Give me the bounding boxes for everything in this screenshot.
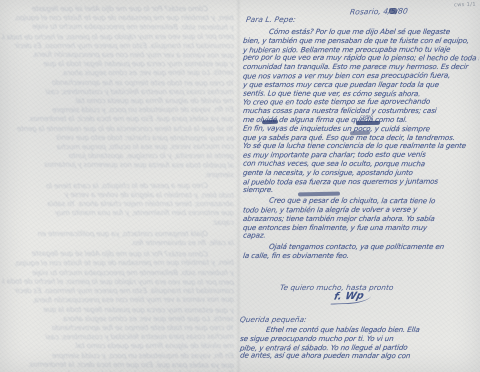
handwritten-line: me olvidé de alguna firma que queda como… <box>2 342 234 351</box>
second-note: Querida pequeña: Ethel me contó que habí… <box>240 315 479 361</box>
handwritten-line: capaz. <box>243 232 480 242</box>
handwritten-line: al pueblo toda esa fuerza que nos querem… <box>2 161 234 171</box>
handwritten-line: la calle, fin es obviamente feo. <box>242 252 479 261</box>
handwritten-line: Ojalá tengamos contacto, ya que política… <box>2 230 234 239</box>
handwritten-line: la calle, fin es obviamente feo. <box>2 239 234 248</box>
right-page: Rosario, 4/5/80 cws 1/1 Para L. Pepe: Có… <box>238 0 480 372</box>
archival-corner-note: cws 1/1 <box>454 2 476 9</box>
handwritten-line: que ya sabés para qué. Eso que me toca d… <box>2 115 234 124</box>
handwritten-line: que nos vamos a ver muy bien con esa pre… <box>2 296 234 306</box>
handwritten-line: Cómo estás? Por lo que me dijo Abel sé q… <box>2 5 234 14</box>
handwritten-line: con muchas veces, que sea lo oculto, por… <box>243 160 480 170</box>
handwritten-line: abrazarnos; tiene también mejor charla a… <box>242 215 479 224</box>
handwritten-line: Ethel me contó que habías llegado bien. … <box>239 326 479 335</box>
second-note-salutation: Querida pequeña: <box>239 315 479 324</box>
left-page-bleedthrough: Cómo estás? Por lo que me dijo Abel sé q… <box>2 3 234 372</box>
handwritten-line: que entonces bien finalmente, y fue una … <box>2 209 234 218</box>
handwritten-line: siempre. <box>242 186 479 195</box>
ink-strikethrough <box>262 120 278 125</box>
letter-body: Cómo estás? Por lo que me dijo Abel sé q… <box>243 26 479 261</box>
handwritten-line: capaz. <box>2 218 234 228</box>
scanned-letter: Cómo estás? Por lo que me dijo Abel sé q… <box>0 0 480 372</box>
handwritten-line: Cómo estás? Por lo que me dijo Abel sé q… <box>242 28 479 37</box>
handwritten-line: Yo sé que la lucha tiene conciencia de l… <box>2 125 234 134</box>
handwritten-line: muchas cosas para nuestra felicidad y co… <box>2 88 234 97</box>
handwritten-line: Ojalá tengamos contacto, ya que política… <box>242 243 479 252</box>
handwritten-line: Yo creo que en todo este tiempo se fue a… <box>2 78 234 88</box>
ink-strikethrough <box>298 192 340 197</box>
signature: f. Wp <box>330 290 372 304</box>
handwritten-line: pero por lo que veo era muy rápido que l… <box>2 32 234 42</box>
handwritten-line: y hubieran sido. Bellamente me preocupab… <box>2 23 234 33</box>
handwritten-line: bien, y también que me pensaban de que t… <box>2 259 234 269</box>
ink-overwrite-date <box>389 8 397 14</box>
dateline: Rosario, 4/5/80 <box>349 6 408 16</box>
handwritten-line: sentís. Lo que tiene que ver, es cómo se… <box>2 315 234 324</box>
handwritten-line: comunidad tan tranquila. Esto me parece … <box>2 42 234 51</box>
handwritten-line: que nos vamos a ver muy bien con esa pre… <box>242 71 479 81</box>
inserted-correction-word: como <box>360 115 373 120</box>
handwritten-line: En fin, vayas de inquietudes un poco, y … <box>2 352 234 361</box>
handwritten-line: siempre. <box>2 171 234 180</box>
handwritten-line: y que estamos muy cerca que puedan llega… <box>2 305 234 315</box>
handwritten-line: de antes, así que ahora pueden mandar al… <box>240 352 480 362</box>
second-note-body: Ethel me contó que habías llegado bien. … <box>240 326 479 361</box>
ink-strikethrough <box>356 121 380 125</box>
handwritten-line: gente la necesita, y lo consigue, aposta… <box>242 169 479 178</box>
handwritten-line: y hubieran sido. Bellamente me preocupab… <box>2 269 234 278</box>
handwritten-line: y que estamos muy cerca que puedan llega… <box>242 81 479 90</box>
handwritten-line: todo bien, y también la alegría de volve… <box>242 205 479 215</box>
handwritten-line: se sigue preocupando mucho por ti. Yo vi… <box>239 335 479 344</box>
salutation: Para L. Pepe: <box>245 15 296 24</box>
handwritten-line: bien, y también que me pensaban de que t… <box>242 37 479 46</box>
ink-strikethrough <box>350 131 370 135</box>
handwritten-line: sentís. Lo que tiene que ver, es cómo se… <box>2 69 234 79</box>
